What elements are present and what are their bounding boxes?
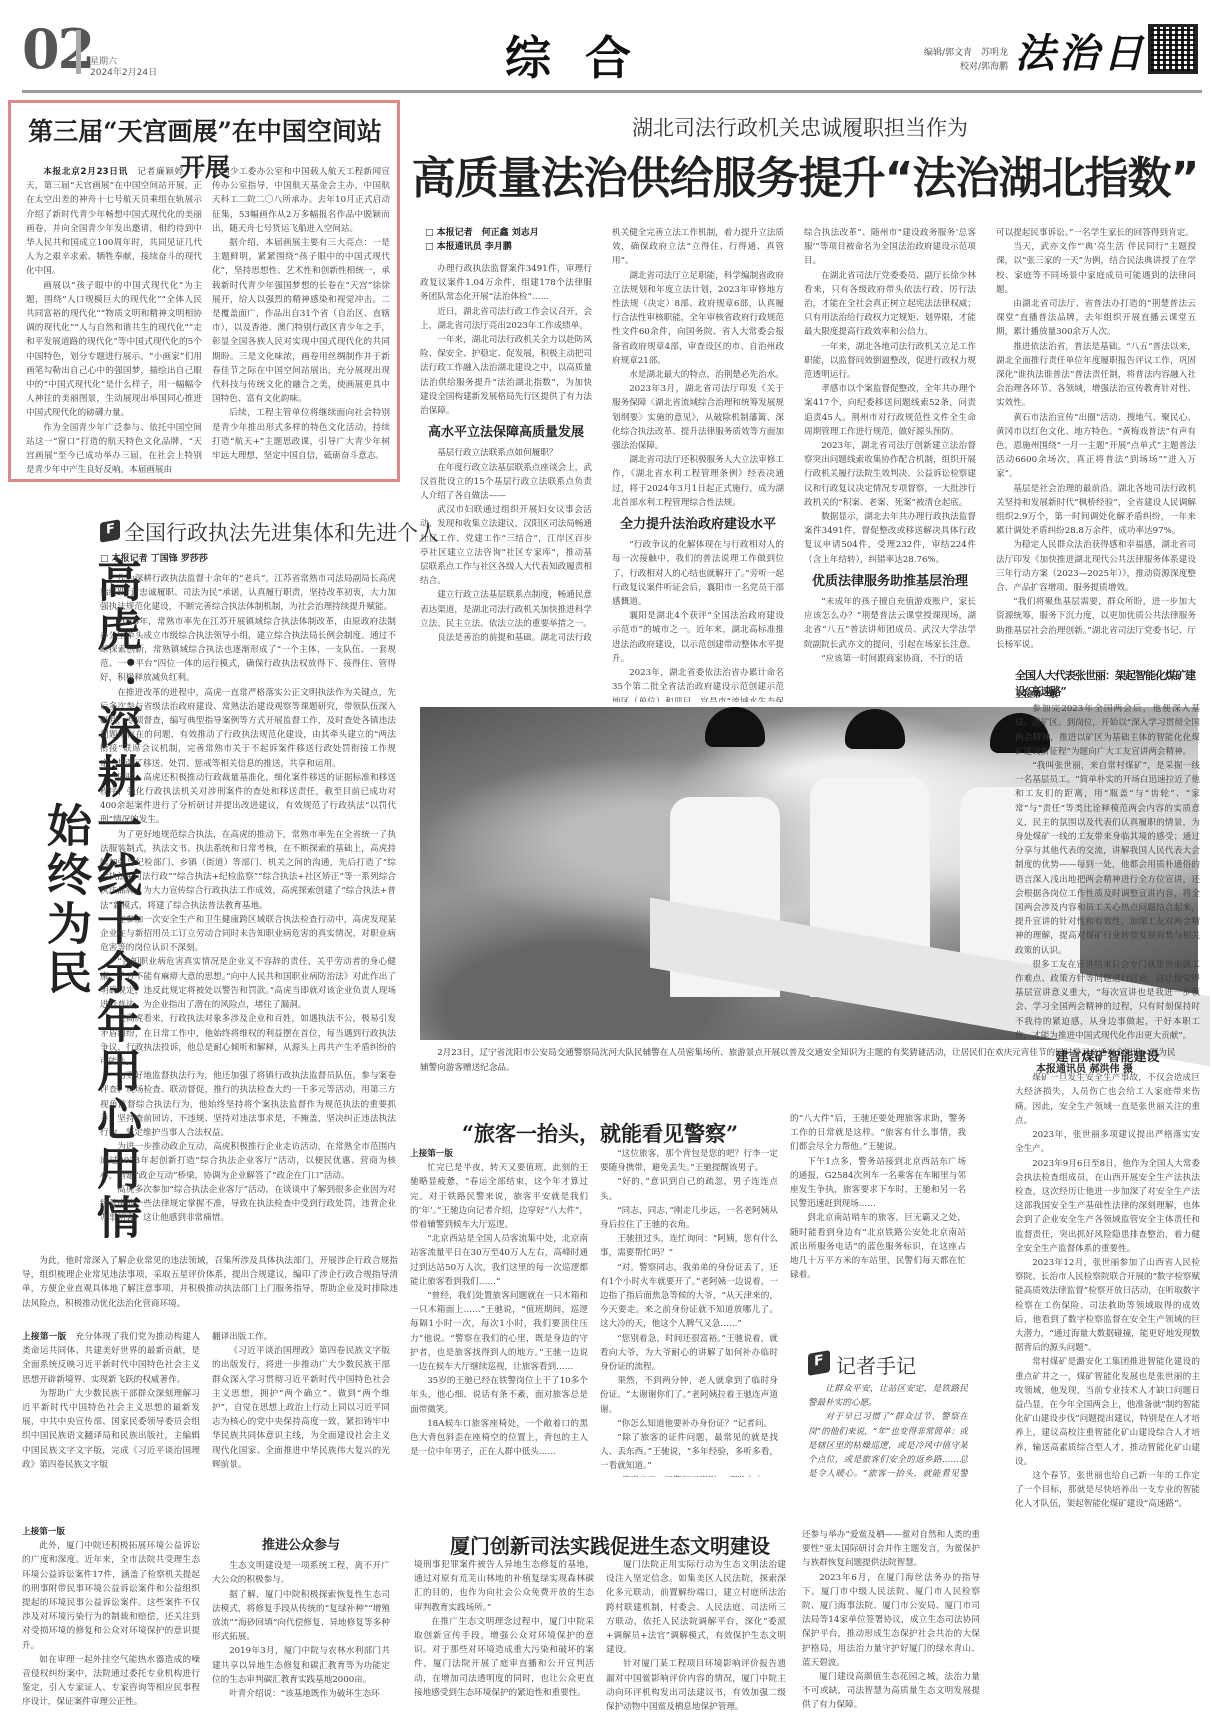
paragraph: 可以提起民事诉讼。”一名学生家长的回答得到肯定。 [996, 226, 1196, 240]
dateline: 本报北京2月23日讯 [43, 167, 128, 177]
paragraph: 下午1点多，警务站接到北京西站东广场的通报，G2584次列车一名乘客在车厢里与邻… [790, 1155, 966, 1212]
editors-credit: 编辑/郭文青 苏明龙 校对/郭海鹏 [848, 46, 1008, 74]
npc-column: 上接第一版 参加完2023年全国两会后，他便深入基层、进矿区、到岗位，开始以“深… [1015, 688, 1200, 1698]
paragraph: 办理行政执法监督案件3491件，审理行政复议案件1.04万余件，组建178个法律… [420, 262, 592, 305]
xiamen-left-column-1: 上接第一版 此外，厦门中院还积极拓展环境公益诉讼的广度和深度。近年来，全市法院共… [22, 1525, 200, 1715]
paragraph: 一年来，湖北司法行政机关全力以赴防风险、保安全、护稳定、促发展，积极主动把司法行… [420, 333, 592, 418]
gaohu-body: 作为深耕行政执法监督十余年的“老兵”，江苏省常熟市司法局副局长高虎始终践行“忠诚… [100, 572, 396, 1254]
continued-label: 上接第一版 [22, 1525, 200, 1539]
paragraph: 后续，工程主管单位将继续面向社会特别是青少年推出形式多样的特色文化活动，持续打造… [212, 406, 390, 463]
hubei-column-2: 机关健全完善立法工作机制，着力提升立法质效，确保政府立法“立得住、行得通、真管用… [612, 226, 784, 702]
paragraph: 湖北省司法厅还积极服务人大立法审修工作，《湖北省水利工程管理条例》经表决通过，将… [612, 453, 784, 510]
paragraph: “除了旅客的证件问题，最常见的就是找人、丢东西。”王驰说，“多年经验，多听多看，… [600, 1431, 778, 1474]
xiamen-column-1: 境刑事犯罪案件被告人异地生态修复的基地，通过对原有荒芜山林地的补植复绿实现森林碳… [414, 1558, 594, 1718]
paragraph: 2023年，湖北省委依法治省办累计命名35个第二批全省法治政府建设示范创建示范地… [612, 666, 784, 702]
gaohu-vertical-headline[interactable]: 高虎：深耕一线十余年用心用情始终为民 [40, 535, 100, 1265]
paragraph: 对于早已习惯了“群众过节，警察在岗”的他们来说，“年”也变得非常简单：或是辖区里… [808, 1410, 968, 1482]
reporter: 记者廉颖婷 [137, 167, 184, 177]
paragraph: 基层是社会治理的最前沿。湖北各地司法行政机关坚持和发展新时代“枫桥经验”，全省建… [996, 482, 1196, 539]
paragraph: 2015年，常熟市率先在江苏开展镇域综合执法体制改革，由原政府法制办公室牵头成立… [100, 615, 396, 686]
section-title: 综合 [505, 22, 665, 88]
paragraph: 综合执法改革”、随州市“建设政务服务‘总客服’”等项目被命名为全国法治政府建设示… [804, 226, 976, 269]
gaohu-body-full-width: 为此，他时常深入了解企业常见的违法领域，召集所涉及具体执法部门，开展涉企行政合规… [22, 1254, 398, 1314]
paragraph: “同志，同志，”刚走几步远，一名老阿姨从身后拉住了王驰的衣角。 [600, 1204, 778, 1232]
editors-line: 编辑/郭文青 苏明龙 [848, 46, 1008, 60]
masthead-rule [22, 90, 1202, 93]
paragraph: 作为全国青少年广泛参与、依托中国空间站这一“窗口”打造的航天特色文化品牌，“天宫… [26, 421, 202, 477]
passenger-column-3: 的“八大件”后，王驰还要处理旅客求助，警务工作的日常就是这样。“旅客有什么事情，… [790, 1112, 966, 1337]
paragraph: 全国少工委办公室和中国载人航天工程新闻宣传办公室指导，中国航天基金会主办，中国航… [212, 165, 390, 236]
tiangong-column-1: 本报北京2月23日讯 记者廉颖婷 今天，第三届“天宫画展”在中国空间站开展，正在… [26, 165, 202, 477]
page-number: 02 [22, 22, 93, 76]
byline-correspondent: □ 本报通讯员 李月鹏 [425, 240, 539, 254]
paragraph: 厦门法院正用实际行动为生态文明法治建设注入坚定信念。如集美区人民法院，探索深化多… [606, 1558, 786, 1657]
paragraph: 武汉市妇联通过组织开展妇女议事会活动，发现和收集立法建议，汉阳区司法局畅通社区工… [420, 503, 592, 588]
paragraph: “我们将聚焦基层需要，群众所盼，进一步加大资源统筹，服务下沉力度，以更加优质公共… [996, 595, 1196, 652]
paragraph: 很多工友在宣讲结束后会专门就张世丽就工作难点、政策方针等问题进行讨论，这让他觉得… [1015, 958, 1200, 1043]
paragraph: 在年度行政立法基层联系点座谈会上，武汉首批设立的15个基层行政立法联系点负责人介… [420, 461, 592, 504]
paragraph: 近日，湖北省司法行政工作会议召开，会上，湖北省司法厅亮出2023年工作成绩单。 [420, 305, 592, 333]
issue-date: 2024年2月24日 [90, 65, 157, 78]
paragraph: “您别着急，时间还很富裕。”王驰说着，就看向大爷，为大爷耐心的讲解了如何补办临时… [600, 1332, 778, 1375]
paragraph: 为此，他时常深入了解企业常见的违法领域，召集所涉及具体执法部门，开展涉企行政合规… [22, 1254, 398, 1311]
paragraph: 还参与举办“爱鲎及栖——鲎对自然和人类的重要性”亚太国际研讨会并作主题发言，为鲎… [802, 1528, 980, 1571]
paragraph: “未成年的孩子擅自充值游戏账户，家长应该怎么办？”荆楚普法云课堂授课现场，湖北省… [804, 595, 976, 652]
paragraph: 作为深耕行政执法监督十余年的“老兵”，江苏省常熟市司法局副局长高虎始终践行“忠诚… [100, 572, 396, 615]
passenger-column-1: 上接第一版 忙完已是半夜，转天又要值班，此刻的王驰略显疲惫，“春运全部结束，这个… [410, 1147, 588, 1477]
paragraph: 为稳定人民群众法治获得感和幸福感，湖北省司法厅印发《加快推进湖北现代公共法律服务… [996, 538, 1196, 595]
paragraph: 据了解，厦门中院积极探索恢复性生态司法模式，将修复手段从传统的“复绿补种”“增殖… [212, 1588, 390, 1645]
paragraph: 一年来，湖北各地司法行政机关立足工作职能，以监督问效倒逼整改，促进行政权力规范透… [804, 340, 976, 383]
paragraph: 2023年，张世丽多项建议提出严格落实安全生产。 [1015, 1128, 1200, 1156]
paragraph: 2023年9月6日至8日，他作为全国人大常委会执法检查组成员，在山西开展安全生产… [1015, 1157, 1200, 1256]
f-brand-icon: F [100, 519, 120, 543]
section-subhead: 全力提升法治政府建设水平 [612, 518, 784, 532]
byline-reporter: □ 本报记者 何正鑫 刘志月 [425, 226, 539, 240]
paragraph: 当天，武亦文作“‘典’亮生活 伴民同行”主题授课，以“张三家的一天”为例，结合民… [996, 240, 1196, 297]
paragraph: “北京西站是全国人员客流集中处，北京南站客流量平日在30万至40万人左右，高峰时… [410, 1232, 588, 1289]
continued-label: 上接第一版 [1015, 688, 1200, 702]
continued-label: 上接第一版 [410, 1147, 588, 1161]
continued-label: 上接第一版 [22, 1332, 67, 1342]
xi-book-column-2: 翻译出版工作。 《习近平谈治国理政》第四卷民族文字版的出版发行，将进一步推动广大… [212, 1330, 390, 1480]
paragraph: 叶青介绍说：“该基地既作为破坏生态环 [212, 1687, 390, 1701]
paragraph: 同时，高虎还积极推动行政裁量基准化，细化案件移送的证据标准和移送程序，强化行政执… [100, 771, 396, 828]
paragraph: 2023年3月，湖北省司法厅印发《关于服务保障〈湖北省流域综合治理和统筹发展规划… [612, 382, 784, 453]
paragraph: 煤矿一旦发生安全生产事故，不仅会造成巨大经济损失，人员伤亡也会给工人家庭带来伤痛… [1015, 1071, 1200, 1128]
paragraph: 厦门建设高颜值生态花园之城，法治力量不可或缺，司法智慧为高质量生态文明发展提供了… [802, 1670, 980, 1713]
journal-body: 让群众平安，让站区安定，是铁路民警最朴实的心愿。 对于早已习惯了“群众过节，警察… [808, 1382, 968, 1482]
hubei-column-4: 可以提起民事诉讼。”一名学生家长的回答得到肯定。 当天，武亦文作“‘典’亮生活 … [996, 226, 1196, 656]
paragraph: 在推广生态文明理念过程中，厦门中院采取创新宣传手段，增强公众对环境保护的意识。对… [414, 1615, 594, 1700]
hubei-column-1: 办理行政执法监督案件3491件，审理行政复议案件1.04万余件，组建178个法律… [420, 262, 592, 702]
paragraph: 画展以“孩子眼中的中国式现代化”为主题，围绕“人口规模巨大的现代化”“全体人民共… [26, 279, 202, 421]
paragraph: 35岁的王驰已经在铁警岗位上干了10多个年头，他心细、说话有条不紊，面对旅客总是… [410, 1374, 588, 1417]
xiamen-left-column-2: 推进公众参与 生态文明建设是一项系统工程，离不开广大公众的积极参与。 据了解，厦… [212, 1525, 390, 1715]
hubei-headline[interactable]: 高质量法治供给服务提升“法治湖北指数” [410, 142, 1200, 206]
paragraph: 为帮助广大少数民族干部群众深刻理解习近平新时代中国特色社会主义思想的最新发展，中… [22, 1387, 200, 1472]
paragraph: 让群众平安，让站区安定，是铁路民警最朴实的心愿。 [808, 1382, 968, 1410]
passenger-headline[interactable]: “旅客一抬头，就能看见警察” [410, 1118, 790, 1148]
hubei-subheadline: 湖北司法行政机关忠诚履职担当作为 [410, 112, 1190, 142]
tiangong-column-2: 全国少工委办公室和中国载人航天工程新闻宣传办公室指导，中国航天基金会主办，中国航… [212, 165, 390, 477]
hubei-byline: □ 本报记者 何正鑫 刘志月 □ 本报通讯员 李月鹏 [425, 226, 539, 254]
f-brand-icon: F [808, 1350, 830, 1376]
xi-book-column-1: 上接第一版 充分体现了我们党为推动构建人类命运共同体、共建美好世界的最新贡献，是… [22, 1330, 200, 1480]
paragraph: 推进依法治省，普法是基础。“八五”普法以来，湖北全面推行责任单位年度履职报告评议… [996, 340, 1196, 411]
paragraph: “这位旅客，那个背包是您的吧？行李一定要随身携带，避免丢失。”王驰提醒该男子。 [600, 1147, 778, 1175]
qr-code-icon[interactable] [1148, 24, 1198, 74]
photo-police-hat [705, 707, 765, 747]
masthead-divider [76, 30, 81, 74]
paragraph: 18A候车口旅客座椅处，一个敞着口的黑色大背包斜歪在座椅空的位置上，背包的主人是… [410, 1417, 588, 1460]
section-subhead: 优质法律服务助推基层治理 [804, 575, 976, 589]
passenger-column-2: “这位旅客，那个背包是您的吧？行李一定要随身携带，避免丢失。”王驰提醒该男子。 … [600, 1147, 778, 1477]
paragraph: 良法是善治的前提和基础。湖北司法行政 [420, 631, 592, 645]
paragraph: “我叫张世丽，来自常村煤矿”，是采掘一线一名基层员工。“简单朴实的开场白迅速拉近… [1015, 759, 1200, 958]
paragraph: “应该第一时间跟商家协商，不行的话 [804, 652, 976, 666]
hubei-column-3: 综合执法改革”、随州市“建设政务服务‘总客服’”等项目被命名为全国法治政府建设示… [804, 226, 976, 702]
xiamen-column-3: 还参与举办“爱鲎及栖——鲎对自然和人类的重要性”亚太国际研讨会并作主题发言，为鲎… [802, 1528, 980, 1718]
paragraph: 今天，第三届“天宫画展”在中国空间站开展，正在太空出差的神舟十七号航天员乘组在轨… [26, 167, 202, 276]
gaohu-byline: □ 本报记者 丁国锋 罗莎莎 [100, 551, 208, 564]
paragraph: 这个春节，张世丽也给自己新一年的工作定了一个目标，那就是尽快培养出一支专业的智能… [1015, 1469, 1200, 1512]
paragraph: 为了更好地规范综合执法，在高虎的推动下，常熟市率先在全省统一了执法服装制式，执法… [100, 828, 396, 913]
paragraph: 由湖北省司法厅、省普法办打造的“荆楚普法云课堂”直播普法品牌，去年组织开展直播云… [996, 297, 1196, 340]
paragraph: 此外，厦门中院还积极拓展环境公益诉讼的广度和深度。近年来，全市法院共受理生态环境… [22, 1539, 200, 1653]
paragraph: 黄石市法治宣传“出圈”活动、搜地气、聚民心。黄冈市以红色文化、地方特色、“黄梅戏… [996, 411, 1196, 482]
paragraph: 翻译出版工作。 [212, 1330, 390, 1344]
proofreader-line: 校对/郭海鹏 [848, 60, 1008, 74]
paragraph: 机关健全完善立法工作机制，着力提升立法质效，确保政府立法“立得住、行得通、真管用… [612, 226, 784, 269]
paragraph: 果然，不到两分钟，老人就拿到了临时身份证。“太谢谢你们了。”老阿姨拉着王驰连声道… [600, 1374, 778, 1417]
section-subhead: 建言煤矿智能建设 [1015, 1051, 1200, 1065]
paragraph: 为进一步推动政企互动，高虎积极推行企业走访活动，在常熟全市范围内通过2023年起… [100, 1140, 396, 1183]
paragraph: 数据显示，湖北去年共办理行政执法监督案件3491件，督促整改或移送解决具体行政复… [804, 510, 976, 567]
paragraph: 王驰扭过头，连忙询问：“阿姨，您有什么事，需要帮忙吗？” [600, 1232, 778, 1260]
paragraph: 针对厦门某工程项目环境影响评价报告遗漏对中国鲎影响评价内容的情况，厦门中院主动向… [606, 1657, 786, 1714]
photo-police-hat [845, 709, 905, 749]
paragraph: 为更好地监督执法行为，他还加强了将镇行政执法监督员队伍，参与案卷评查、现场检查、… [100, 1069, 396, 1140]
paragraph: “行政争议的化解体现在与行政相对人的每一次接触中，我们的普法说理工作做到位了，行… [612, 538, 784, 609]
paragraph: 在高虎看来，行政执法对象多涉及企业和百姓，如遇执法不公，极易引发矛盾纠纷，在日常… [100, 1012, 396, 1069]
paragraph: 湖北省司法厅立足职能，科学编制省政府立法规划和年度立法计划，2023年审修地方性… [612, 269, 784, 368]
paragraph: “对。警察同志，我弟弟的身份证丢了，还有1个小时火车就要开了。”老阿姨一边说着，… [600, 1261, 778, 1332]
paragraph: 常村煤矿是潞安化工集团推进智能化建设的重点矿井之一，煤矿智能化发展也是张世丽的主… [1015, 1355, 1200, 1469]
section-subhead: 推进公众参与 [212, 1539, 390, 1553]
paragraph: 2023年，湖北省司法厅创新建立法治督察突出问题线索收集协作配合机制，组织开展行… [804, 439, 976, 510]
paragraph: 水是湖北最大的特点，治荆楚必先治水。 [612, 368, 784, 382]
paragraph: “好的，”意识到自己的疏忽，男子连连点头。 [600, 1175, 778, 1203]
paragraph: 生态文明建设是一项系统工程，离不开广大公众的积极参与。 [212, 1559, 390, 1587]
paragraph: 建立行政立法基层联系点制度，畅通民意表达渠道，是湖北司法行政机关加快推进科学立法… [420, 588, 592, 631]
paragraph: 2023年6月，在厦门海丝法务办的指导下，厦门市中级人民法院、厦门市人民检察院、… [802, 1571, 980, 1670]
paragraph: 境刑事犯罪案件被告人异地生态修复的基地，通过对原有荒芜山林地的补植复绿实现森林碳… [414, 1558, 594, 1615]
paragraph: 襄阳是湖北4个获评“全国法治政府建设示范市”的城市之一。近年来，湖北高标准推进法… [612, 609, 784, 666]
paragraph: “值班当天，民警们三班倒”，那除夕上 [600, 1474, 778, 1477]
paragraph: 忙完已是半夜，转天又要值班，此刻的王驰略显疲惫，“春运全部结束，这个年才算过完。… [410, 1161, 588, 1232]
xiamen-column-2: 厦门法院正用实际行动为生态文明法治建设注入坚定信念。如集美区人民法院，探索深化多… [606, 1558, 786, 1718]
paragraph: “告知职业病危害真实情况是企业义不容辞的责任，关乎劳动者的身心健康，千万不能有麻… [100, 955, 396, 1012]
paragraph: “曾经，我们处置旅客问题就在一只木箱和一只木箱面上……”王驰说，“值班期间，巡逻… [410, 1289, 588, 1374]
paragraph: 2019年3月，厦门中院与农林水利部门共建共享以异地生态修复和碳汇教育等为功能定… [212, 1644, 390, 1687]
paragraph: 在湖北省司法厅党委委员、副厅长徐少林看来，只有各级政府带头依法行政、厉行法治，才… [804, 269, 976, 340]
paragraph: 如在审理一起外挂空气能热水器造成的噪音侵权纠纷案中，法院通过委托专业机构进行鉴定… [22, 1653, 200, 1710]
paragraph: 高虎多次参加“综合执法企业客厅”活动，在谈谈中了解到很多企业因为对经营中的一些法… [100, 1183, 396, 1226]
section-subhead: 高水平立法保障高质量发展 [420, 426, 592, 440]
paragraph: 参加完2023年全国两会后，他便深入基层、进矿区、到岗位，开始以“深入学习贯彻全… [1015, 702, 1200, 759]
paragraph: “你怎么知道他要补办身份证？”记者问。 [600, 1417, 778, 1431]
paragraph: 孝感市以个案监督促整改，全年共办理个案417个，向纪委移送问题线索52条，问责追… [804, 382, 976, 439]
paragraph: 的“八大件”后，王驰还要处理旅客求助，警务工作的日常就是这样。“旅客有什么事情，… [790, 1112, 966, 1155]
paragraph: 《习近平谈治国理政》第四卷民族文字版的出版发行，将进一步推动广大少数民族干部群众… [212, 1344, 390, 1472]
xiamen-headline[interactable]: 厦门创新司法实践促进生态文明建设 [410, 1530, 810, 1559]
paragraph: 基层行政立法联系点如何履职？ [420, 446, 592, 460]
paragraph: 在参加一次安全生产和卫生健康跨区域联合执法检查行动中，高虎发现某企业在与新招用员… [100, 913, 396, 956]
paragraph: 在推进改革的进程中，高虎一直常严格落实公正文明执法作为关键点，先后多次参与省级法… [100, 686, 396, 771]
paragraph: 2023年12月，张世丽参加了山西省人民检察院、长治市人民检察院联合开展的“数字… [1015, 1256, 1200, 1355]
paragraph: 到北京南站哨车的旅客，巨无霸又之处，随时能看到身边有“北京铁路公安处北京南站派出… [790, 1211, 966, 1282]
paragraph: 据介绍，本届画展主要有三大亮点：一是主题鲜明，紧紧围绕“孩子眼中的中国式现代化”… [212, 236, 390, 406]
journal-label: 记者手记 [836, 1350, 916, 1379]
gaohu-kicker: 全国行政执法先进集体和先进个人 [124, 517, 439, 547]
